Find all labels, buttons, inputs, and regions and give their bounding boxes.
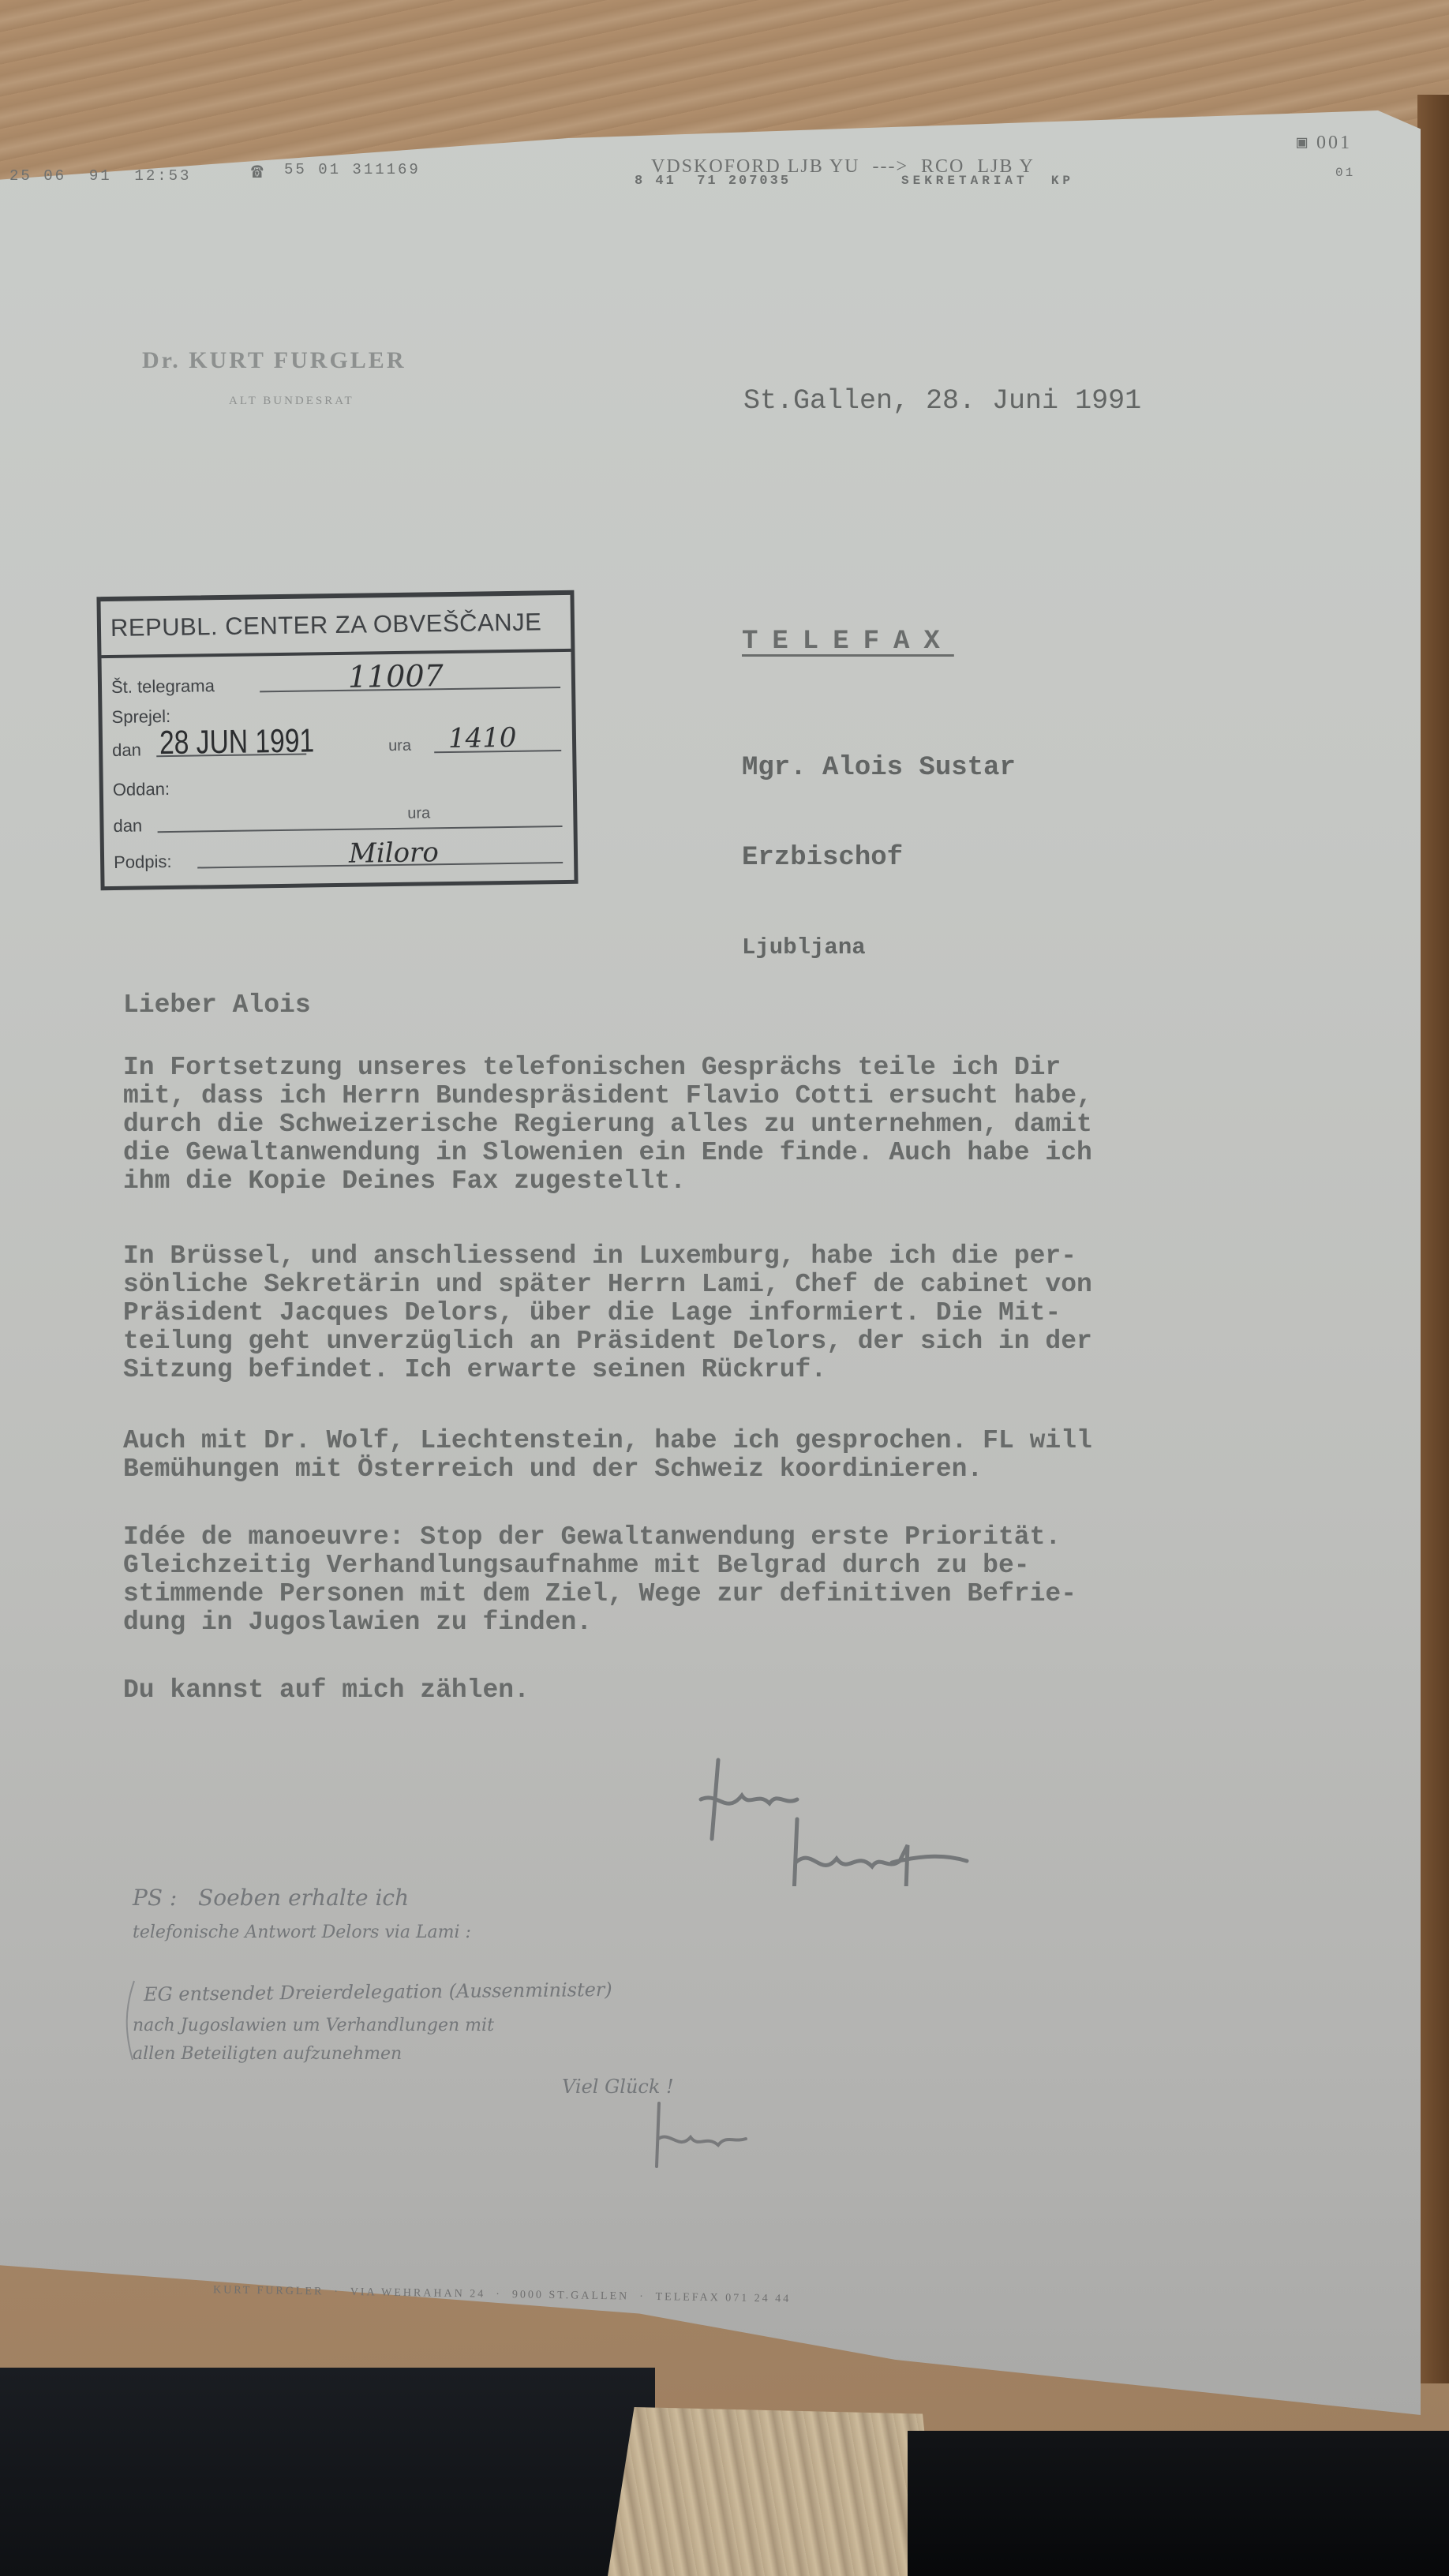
ps-line-4: nach Jugoslawien um Verhandlungen mit xyxy=(133,2016,494,2035)
paragraph-1: In Fortsetzung unseres telefonischen Ges… xyxy=(123,1054,1092,1196)
stamp-row-sent: Oddan: xyxy=(103,761,573,807)
fax-sender-number: 8 41 71 207035 xyxy=(635,174,791,189)
fax-sender-department: SEKRETARIAT KP xyxy=(901,174,1074,188)
dark-object-left xyxy=(0,2368,655,2576)
ps-line-2: telefonische Antwort Delors via Lami : xyxy=(133,1923,471,1942)
ps-signature-kurt xyxy=(647,2099,805,2170)
stamp-title: REPUBL. CENTER ZA OBVEŠČANJE xyxy=(101,595,571,658)
paragraph-3: Auch mit Dr. Wolf, Liechtenstein, habe i… xyxy=(123,1427,1092,1484)
fax-page-icon: ▣ xyxy=(1297,133,1309,153)
desk-edge xyxy=(1417,95,1449,2383)
sent-label: Oddan: xyxy=(113,779,170,800)
received-date-value: 28 JUN 1991 xyxy=(159,721,315,762)
ps-closing: Viel Glück ! xyxy=(562,2076,674,2098)
stamp-signature: Miloro xyxy=(349,837,439,870)
recipient-address: Mgr. Alois Sustar Erzbischof Ljubljana xyxy=(742,693,1016,993)
ps-bracket xyxy=(118,1977,150,2064)
ps-line-1: PS : Soeben erhalte ich xyxy=(133,1885,409,1911)
reception-stamp: REPUBL. CENTER ZA OBVEŠČANJE Št. telegra… xyxy=(96,590,578,890)
fax-phone-number: 55 01 311169 xyxy=(284,161,421,178)
fax-timestamp: 25 06 91 12:53 xyxy=(9,167,191,185)
sent-time-label: ura xyxy=(407,804,430,822)
phone-icon: ☎ xyxy=(251,159,266,184)
recipient-city: Ljubljana xyxy=(742,933,1016,963)
recipient-title: Erzbischof xyxy=(742,843,1016,873)
letterhead-subtitle: ALT BUNDESRAT xyxy=(229,395,354,408)
ps-line-5: allen Beteiligten aufzunehmen xyxy=(133,2044,402,2064)
paragraph-4: Idée de manoeuvre: Stop der Gewaltanwend… xyxy=(123,1523,1076,1637)
telefax-heading: TELEFAX xyxy=(742,627,954,656)
stamp-row-telegram: Št. telegrama 11007 xyxy=(102,652,572,704)
letterhead-name: Dr. KURT FURGLER xyxy=(142,347,406,374)
telegram-number-value: 11007 xyxy=(348,658,444,695)
stamp-row-signature: Podpis: Miloro xyxy=(104,837,575,879)
signature-label: Podpis: xyxy=(114,852,172,873)
salutation: Lieber Alois xyxy=(123,991,311,1020)
letter-date: St.Gallen, 28. Juni 1991 xyxy=(743,387,1141,415)
fax-page-number: 01 xyxy=(1335,166,1355,180)
closing-line: Du kannst auf mich zählen. xyxy=(123,1676,530,1705)
received-time-value: 1410 xyxy=(448,722,517,754)
stamp-row-received-date: dan 28 JUN 1991 ura 1410 xyxy=(103,721,573,767)
wooden-floor-patch xyxy=(608,2407,939,2576)
signature-dein-kurt xyxy=(695,1744,1136,1886)
telegram-number-label: Št. telegrama xyxy=(111,676,215,698)
stamp-row-sent-date: dan ura xyxy=(103,800,574,843)
dark-object-right xyxy=(908,2431,1449,2576)
recipient-name: Mgr. Alois Sustar xyxy=(742,753,1016,783)
sent-day-label: dan xyxy=(113,815,142,837)
received-day-label: dan xyxy=(112,739,141,761)
received-time-label: ura xyxy=(388,737,411,755)
fax-page-counter: 001 xyxy=(1316,133,1352,154)
paragraph-2: In Brüssel, und anschliessend in Luxembu… xyxy=(123,1242,1092,1384)
sent-date-line xyxy=(158,826,563,833)
